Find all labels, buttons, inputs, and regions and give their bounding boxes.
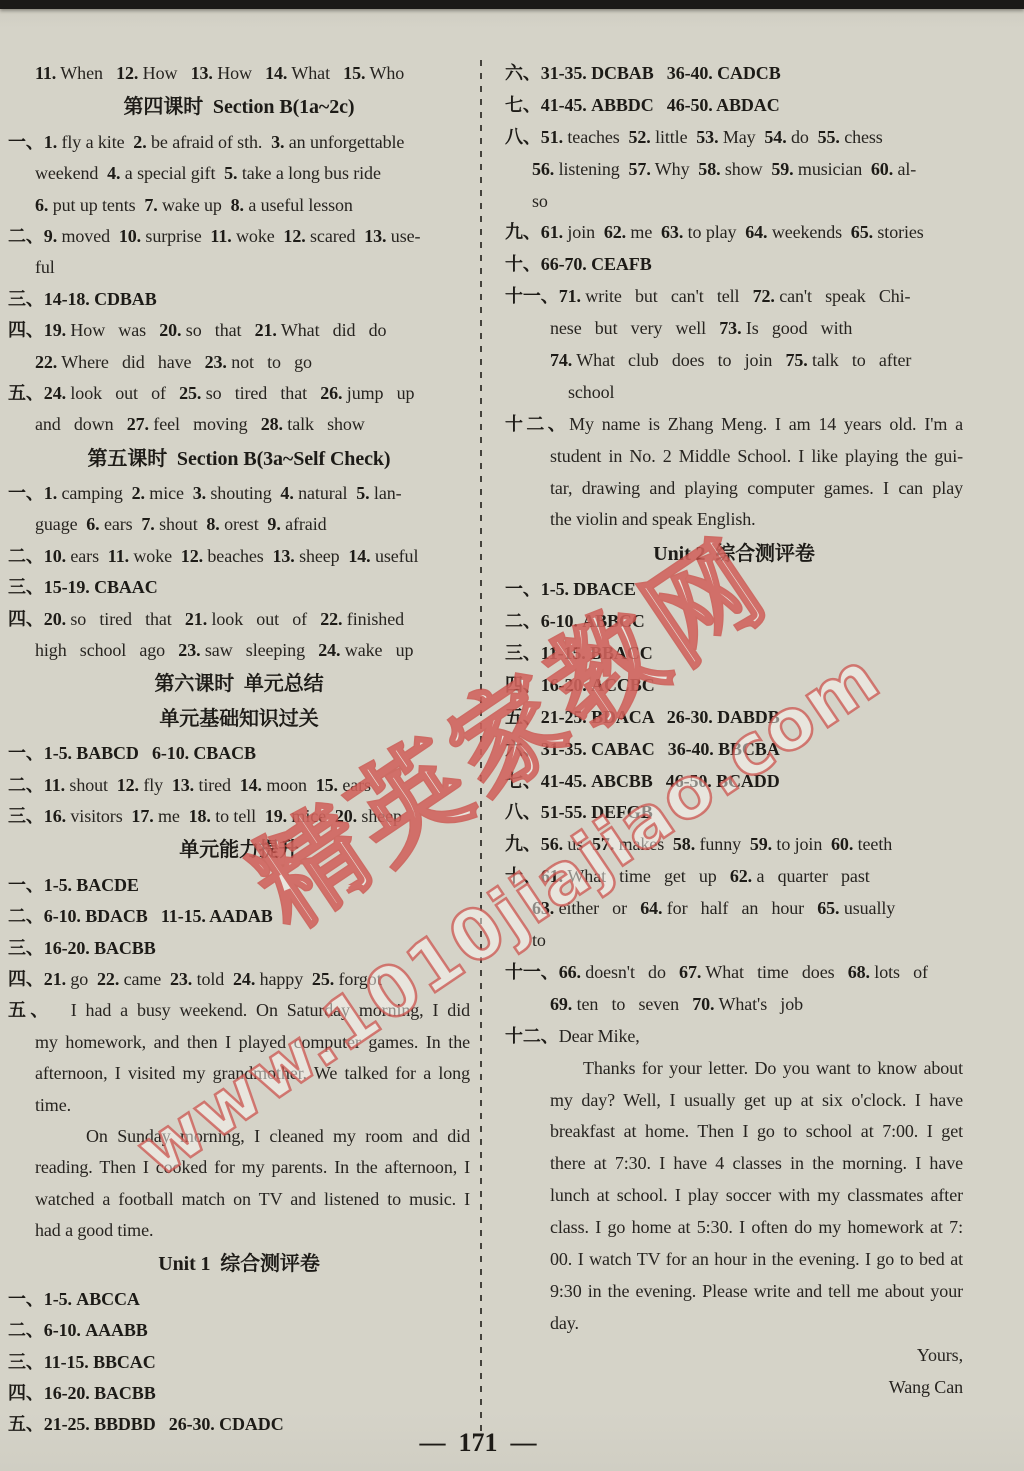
- answer-line: 二、11. shout 12. fly 13. tired 14. moon 1…: [8, 770, 470, 801]
- section-heading: 单元基础知识过关: [8, 704, 470, 735]
- section-heading: Unit 2 综合测评卷: [505, 539, 963, 571]
- answer-line: 八、51. teaches 52. little 53. May 54. do …: [505, 122, 963, 154]
- answer-line: guage 6. ears 7. shout 8. orest 9. afrai…: [8, 509, 470, 540]
- answer-line: high school ago 23. saw sleeping 24. wak…: [8, 635, 470, 666]
- left-column: 11. When 12. How 13. How 14. What 15. Wh…: [8, 58, 470, 1441]
- answer-line: 二、9. moved 10. surprise 11. woke 12. sca…: [8, 221, 470, 252]
- answer-line: 00. I watch TV for an hour in the evenin…: [505, 1244, 963, 1276]
- answer-line: 74. What club does to join 75. talk to a…: [505, 345, 963, 377]
- answer-line: Wang Can: [505, 1372, 963, 1404]
- answer-line: 七、41-45. ABCBB 46-50. BCADD: [505, 766, 963, 798]
- answer-line: 三、11-15. BBCAC: [8, 1347, 470, 1378]
- answer-line: 五、24. look out of 25. so tired that 26. …: [8, 378, 470, 409]
- answer-line: 一、1-5. ABCCA: [8, 1284, 470, 1315]
- page-top-edge: [0, 0, 1024, 9]
- answer-line: 一、1-5. DBACE: [505, 574, 963, 606]
- answer-line: 69. ten to seven 70. What's job: [505, 989, 963, 1021]
- answer-line: 五、21-25. BDACA 26-30. DABDB: [505, 702, 963, 734]
- answer-line: 63. either or 64. for half an hour 65. u…: [505, 893, 963, 925]
- answer-line: 五、21-25. BBDBD 26-30. CDADC: [8, 1409, 470, 1440]
- answer-line: day.: [505, 1308, 963, 1340]
- answer-line: lunch at school. I play soccer with my c…: [505, 1180, 963, 1212]
- answer-line: 七、41-45. ABBDC 46-50. ABDAC: [505, 90, 963, 122]
- answer-line: On Sunday morning, I cleaned my room and…: [8, 1121, 470, 1152]
- answer-line: 八、51-55. DEFGB: [505, 797, 963, 829]
- section-heading: 单元能力提升: [8, 835, 470, 866]
- answer-line: time.: [8, 1090, 470, 1121]
- answer-line: 一、1-5. BABCD 6-10. CBACB: [8, 738, 470, 769]
- answer-line: 十一、66. doesn't do 67. What time does 68.…: [505, 957, 963, 989]
- answer-line: 十、61. What time get up 62. a quarter pas…: [505, 861, 963, 893]
- section-heading: 第六课时 单元总结: [8, 669, 470, 700]
- answer-line: my day? Well, I usually get up at six o'…: [505, 1085, 963, 1117]
- answer-line: 六、31-35. CABAC 36-40. BBCBA: [505, 734, 963, 766]
- section-heading: Unit 1 综合测评卷: [8, 1249, 470, 1280]
- right-column: 六、31-35. DCBAB 36-40. CADCB七、41-45. ABBD…: [505, 58, 963, 1403]
- section-heading: 第四课时 Section B(1a~2c): [8, 92, 470, 123]
- answer-line: 三、16. visitors 17. me 18. to tell 19. mi…: [8, 801, 470, 832]
- answer-line: 二、6-10. AAABB: [8, 1315, 470, 1346]
- section-heading: 第五课时 Section B(3a~Self Check): [8, 444, 470, 475]
- answer-line: breakfast at home. Then I go to school a…: [505, 1116, 963, 1148]
- answer-line: ful: [8, 252, 470, 283]
- answer-line: 一、1-5. BACDE: [8, 870, 470, 901]
- answer-line: 四、19. How was 20. so that 21. What did d…: [8, 315, 470, 346]
- answer-line: so: [505, 186, 963, 218]
- answer-line: 十二、My name is Zhang Meng. I am 14 years …: [505, 409, 963, 441]
- answer-line: 四、16-20. ACCBC: [505, 670, 963, 702]
- answer-line: 十、66-70. CEAFB: [505, 249, 963, 281]
- answer-line: 十二、Dear Mike,: [505, 1021, 963, 1053]
- answer-line: 6. put up tents 7. wake up 8. a useful l…: [8, 190, 470, 221]
- answer-line: the violin and speak English.: [505, 504, 963, 536]
- answer-line: had a good time.: [8, 1215, 470, 1246]
- answer-line: my homework, and then I played computer …: [8, 1027, 470, 1058]
- answer-line: Yours,: [505, 1340, 963, 1372]
- answer-line: school: [505, 377, 963, 409]
- answer-line: and down 27. feel moving 28. talk show: [8, 409, 470, 440]
- answer-line: 56. listening 57. Why 58. show 59. music…: [505, 154, 963, 186]
- column-divider-dotted-line: [480, 60, 482, 1432]
- answer-line: 四、20. so tired that 21. look out of 22. …: [8, 604, 470, 635]
- answer-line: watched a football match on TV and liste…: [8, 1184, 470, 1215]
- answer-line: 六、31-35. DCBAB 36-40. CADCB: [505, 58, 963, 90]
- answer-line: 五、 I had a busy weekend. On Saturday mor…: [8, 995, 470, 1026]
- page-number: — 171 —: [420, 1428, 537, 1458]
- answer-line: 9:30 in the evening. Please write and te…: [505, 1276, 963, 1308]
- answer-line: 三、14-18. CDBAB: [8, 284, 470, 315]
- answer-line: reading. Then I cooked for my parents. I…: [8, 1152, 470, 1183]
- answer-line: class. I go home at 5:30. I often do my …: [505, 1212, 963, 1244]
- answer-line: 一、1. fly a kite 2. be afraid of sth. 3. …: [8, 127, 470, 158]
- answer-line: weekend 4. a special gift 5. take a long…: [8, 158, 470, 189]
- answer-line: Thanks for your letter. Do you want to k…: [505, 1053, 963, 1085]
- answer-line: nese but very well 73. Is good with: [505, 313, 963, 345]
- answer-line: 九、61. join 62. me 63. to play 64. weeken…: [505, 217, 963, 249]
- answer-line: tar, drawing and playing computer games.…: [505, 473, 963, 505]
- answer-line: 四、16-20. BACBB: [8, 1378, 470, 1409]
- answer-line: there at 7:30. I have 4 classes in the m…: [505, 1148, 963, 1180]
- answer-line: to: [505, 925, 963, 957]
- scanned-answer-page: { "page": { "colors": { "paper": "#d5d3c…: [0, 0, 1024, 1471]
- answer-line: 11. When 12. How 13. How 14. What 15. Wh…: [8, 58, 470, 89]
- answer-line: 九、56. us 57. makes 58. funny 59. to join…: [505, 829, 963, 861]
- answer-line: 二、6-10. ABBCC: [505, 606, 963, 638]
- answer-line: 二、6-10. BDACB 11-15. AADAB: [8, 901, 470, 932]
- answer-line: student in No. 2 Middle School. I like p…: [505, 441, 963, 473]
- answer-line: 四、21. go 22. came 23. told 24. happy 25.…: [8, 964, 470, 995]
- answer-line: 三、15-19. CBAAC: [8, 572, 470, 603]
- answer-line: 二、10. ears 11. woke 12. beaches 13. shee…: [8, 541, 470, 572]
- answer-line: 22. Where did have 23. not to go: [8, 347, 470, 378]
- answer-line: 三、16-20. BACBB: [8, 933, 470, 964]
- answer-line: 十一、71. write but can't tell 72. can't sp…: [505, 281, 963, 313]
- answer-line: 一、1. camping 2. mice 3. shouting 4. natu…: [8, 478, 470, 509]
- answer-line: afternoon, I visited my grandmother. We …: [8, 1058, 470, 1089]
- answer-line: 三、11-15. BBACC: [505, 638, 963, 670]
